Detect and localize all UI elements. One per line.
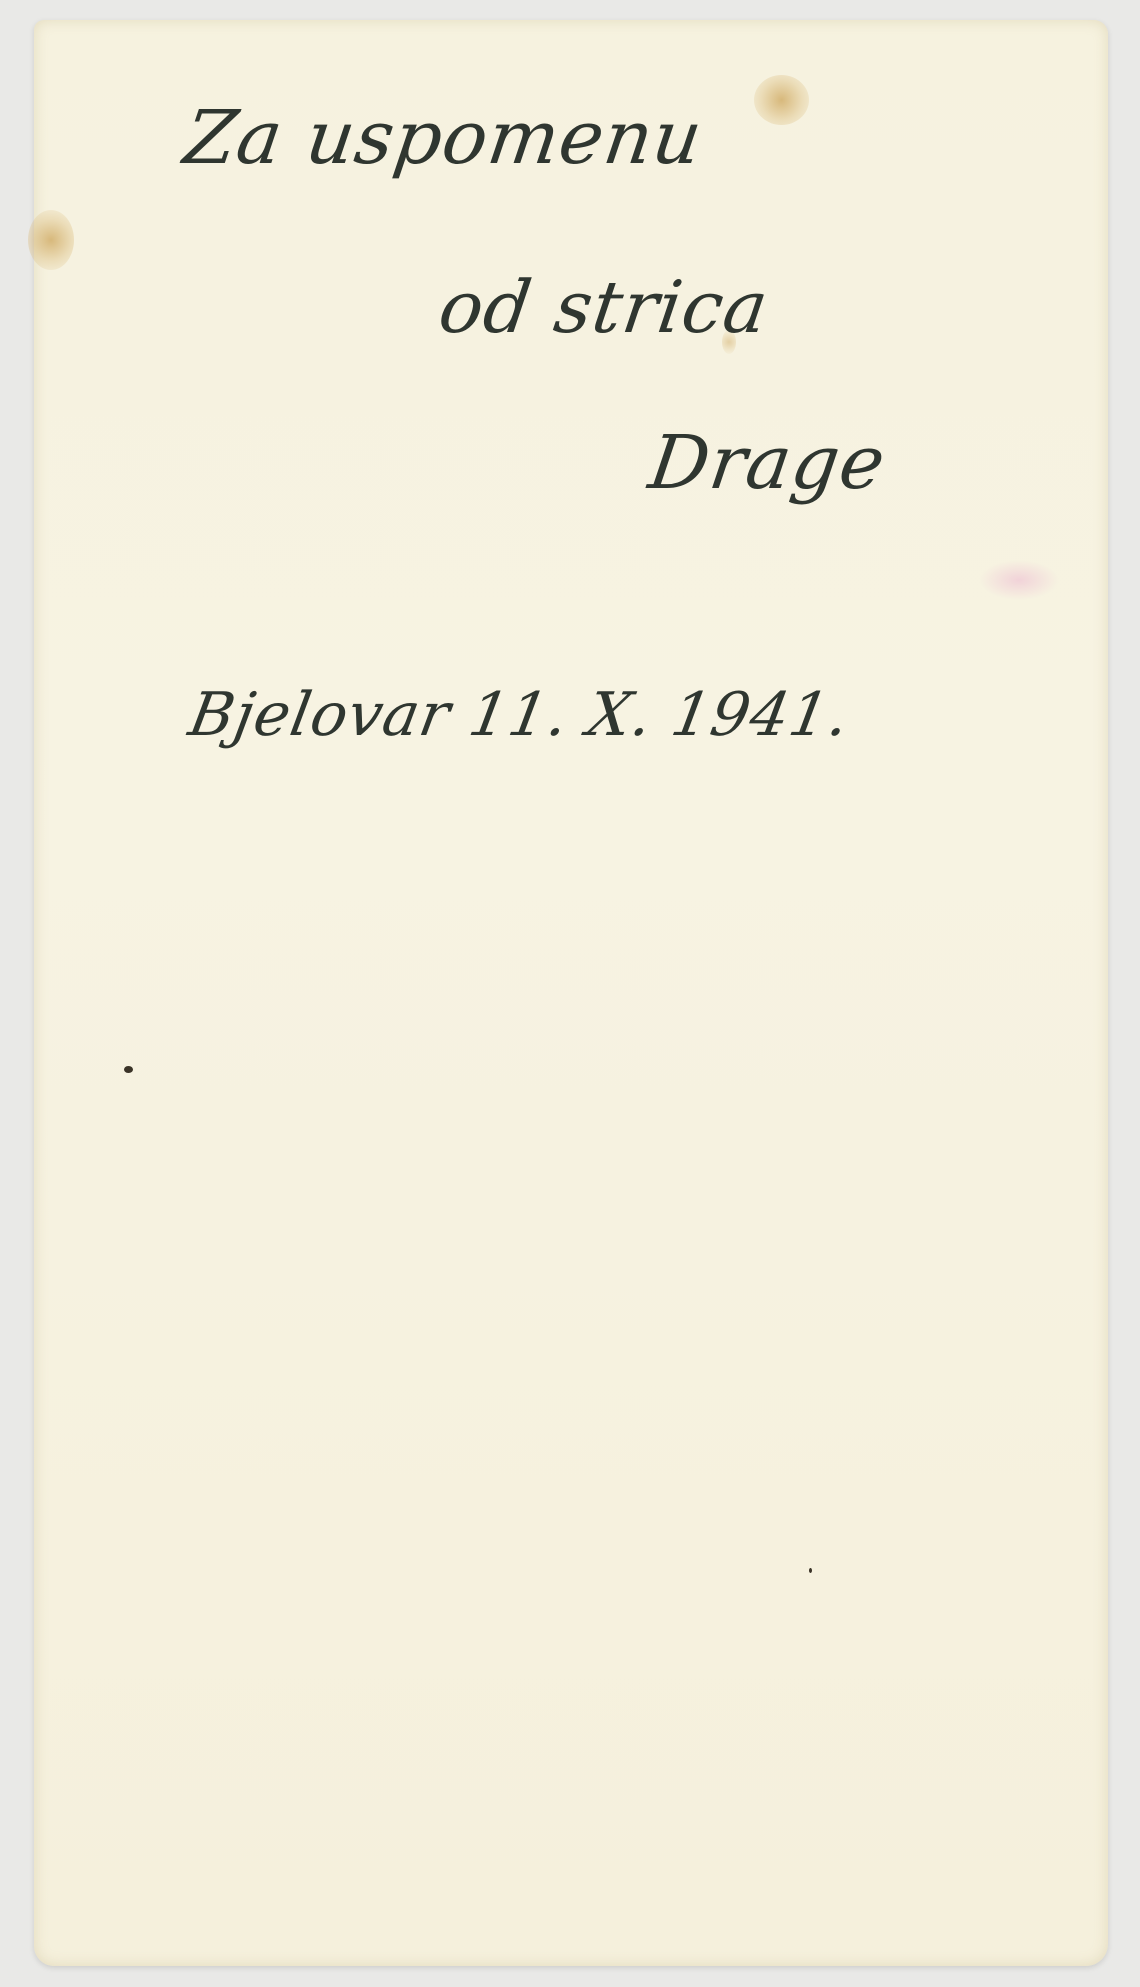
age-stain-left — [28, 210, 74, 270]
ink-dot — [124, 1066, 133, 1073]
pink-mark — [979, 560, 1059, 600]
age-stain-top — [754, 75, 809, 125]
inscription-line-3: Drage — [644, 420, 891, 506]
inscription-place-date: Bjelovar 11. X. 1941. — [184, 680, 855, 750]
inscription-line-1: Za uspomenu — [179, 95, 708, 181]
inscription-line-2: od strica — [434, 265, 774, 349]
ink-speck — [809, 1568, 812, 1573]
